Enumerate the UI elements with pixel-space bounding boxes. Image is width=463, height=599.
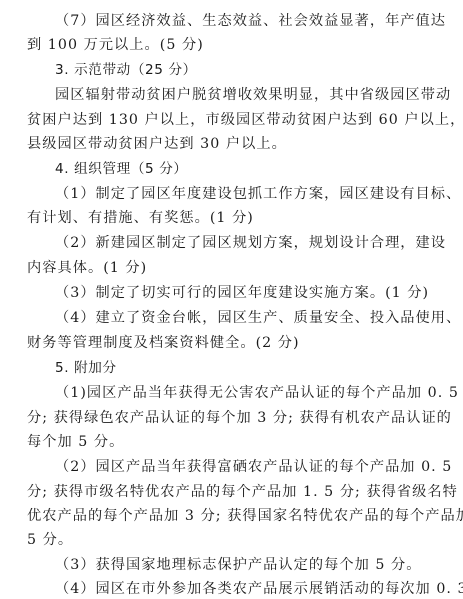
paragraph-line: 内容具体。(1 分)	[27, 258, 437, 278]
paragraph-line: 财务等管理制度及档案资料健全。(2 分)	[27, 333, 437, 353]
paragraph-line: 每个加 5 分。	[27, 432, 437, 452]
paragraph-line: （4）建立了资金台帐，园区生产、质量安全、投入品使用、	[55, 308, 437, 328]
section-heading: 3. 示范带动（25 分）	[55, 60, 437, 80]
paragraph-line: （3）制定了切实可行的园区年度建设实施方案。(1 分)	[55, 283, 437, 303]
document-page: （7）园区经济效益、生态效益、社会效益显著，年产值达 到 100 万元以上。(5…	[0, 0, 463, 599]
paragraph-line: （3）获得国家地理标志保护产品认定的每个加 5 分。	[55, 555, 437, 575]
paragraph-line: 优农产品的每个产品加 3 分; 获得国家名特优农产品的每个产品加	[27, 506, 437, 526]
paragraph-line: 到 100 万元以上。(5 分)	[27, 35, 437, 55]
paragraph-line: （2）新建园区制定了园区规划方案，规划设计合理，建设	[55, 233, 437, 253]
section-heading: 4. 组织管理（5 分）	[55, 159, 437, 179]
paragraph-line: （1)园区产品当年获得无公害农产品认证的每个产品加 0. 5	[55, 383, 437, 403]
paragraph-line: （7）园区经济效益、生态效益、社会效益显著，年产值达	[55, 11, 437, 31]
paragraph-line: 分; 获得市级名特优农产品的每个产品加 1. 5 分; 获得省级名特	[27, 482, 437, 502]
paragraph-line: （2）园区产品当年获得富硒农产品认证的每个产品加 0. 5	[55, 457, 437, 477]
paragraph-line: 分; 获得绿色农产品认证的每个加 3 分; 获得有机农产品认证的	[27, 408, 437, 428]
paragraph-line: 5 分。	[27, 530, 437, 550]
paragraph-line: 园区辐射带动贫困户脱贫增收效果明显，其中省级园区带动	[55, 85, 437, 105]
paragraph-line: 贫困户达到 130 户以上，市级园区带动贫困户达到 60 户以上，	[27, 110, 437, 130]
paragraph-line: 有计划、有措施、有奖惩。(1 分)	[27, 208, 437, 228]
paragraph-line: 县级园区带动贫困户达到 30 户以上。	[27, 134, 437, 154]
paragraph-line: （1）制定了园区年度建设包抓工作方案，园区建设有目标、	[55, 184, 437, 204]
paragraph-line: （4）园区在市外参加各类农产品展示展销活动的每次加 0. 3	[55, 579, 437, 599]
section-heading: 5. 附加分	[55, 358, 437, 378]
